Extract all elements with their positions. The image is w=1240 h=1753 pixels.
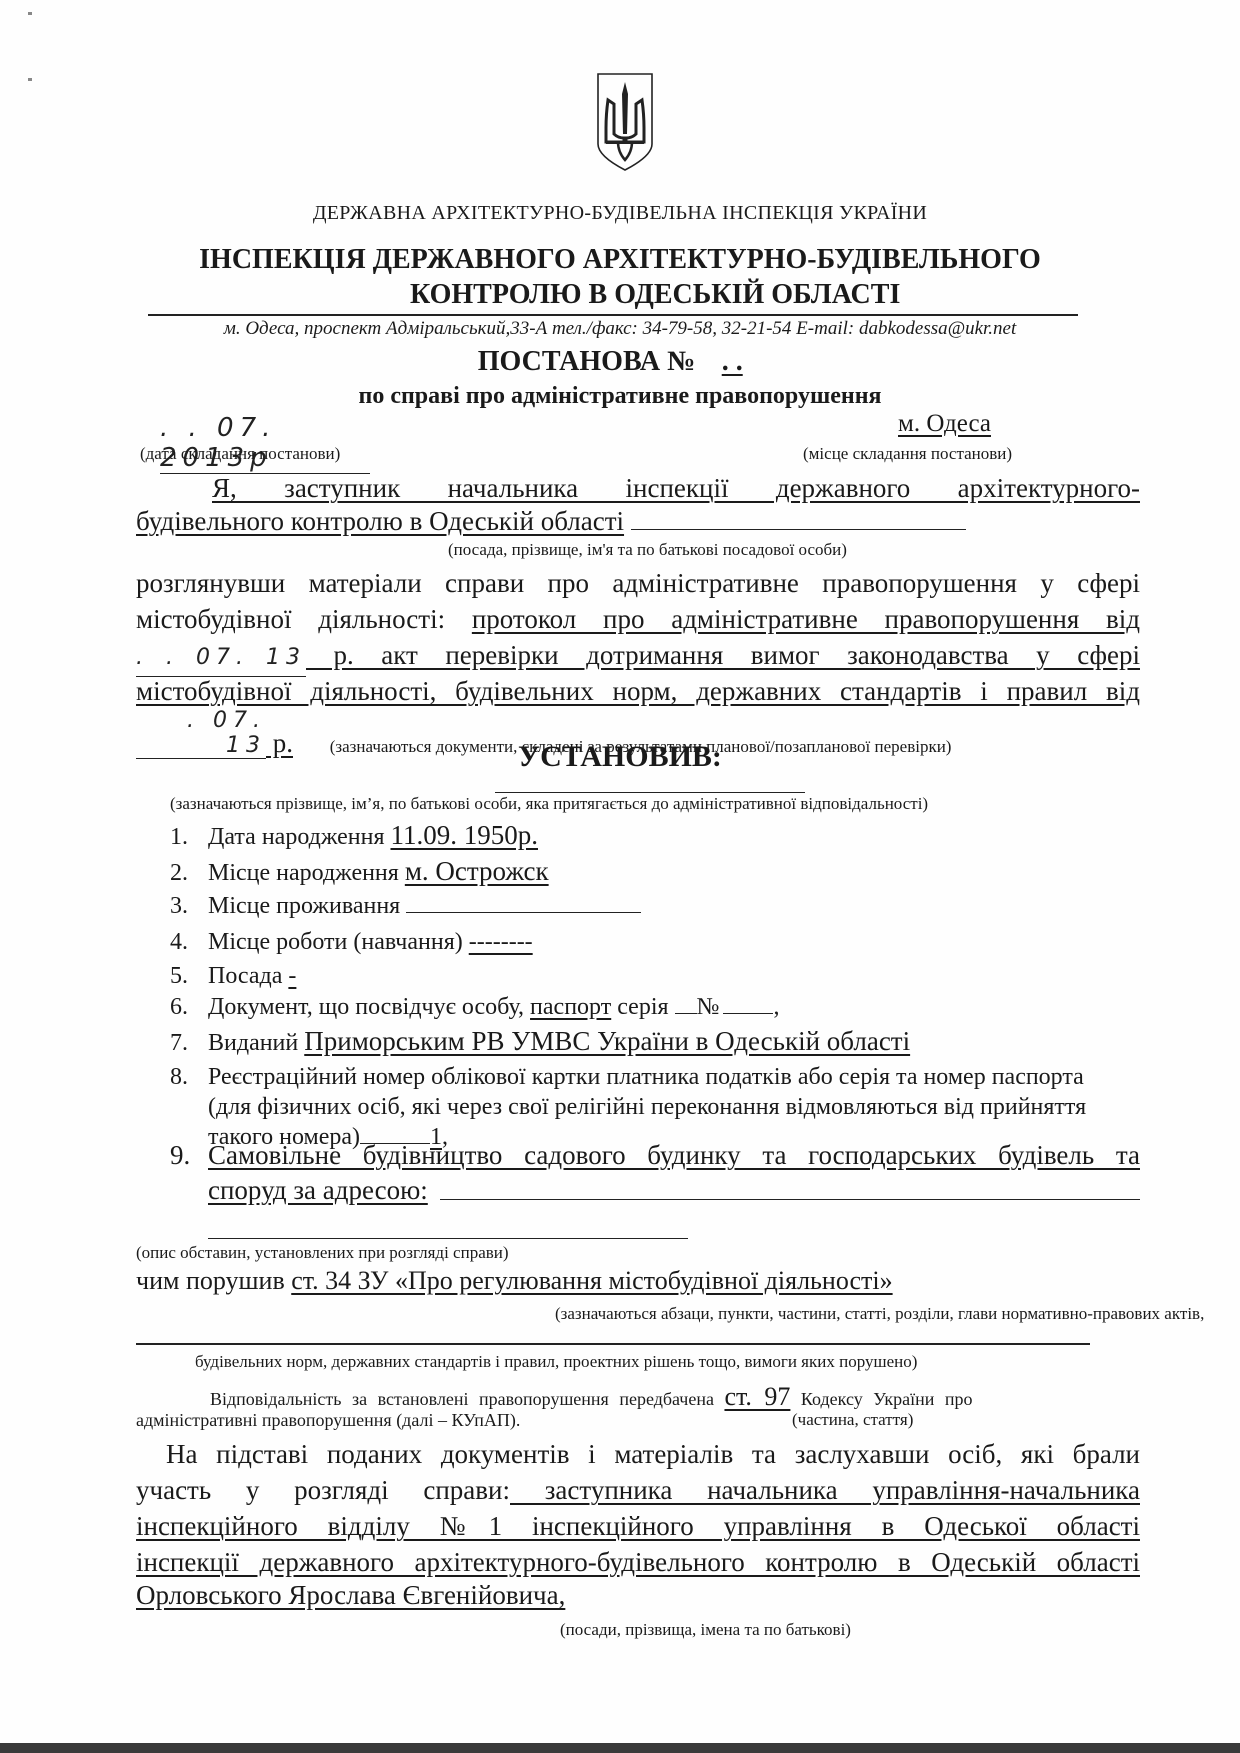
redacted-address-cont <box>208 1216 688 1239</box>
punct: , <box>773 994 779 1020</box>
issued-by-value: Приморським РВ УМВС України в Одеській о… <box>304 1026 910 1056</box>
protocol-ref: протокол про адміністративне правопоруше… <box>472 604 1140 634</box>
person-caption: (зазначаються прізвище, ім’я, по батьков… <box>170 794 928 814</box>
item-label: Посада <box>208 963 288 989</box>
item-label-cont: (для фізичних осіб, які через свої реліг… <box>208 1094 1086 1120</box>
violation-line: чим порушив ст. 34 ЗУ «Про регулювання м… <box>136 1266 893 1296</box>
item-number: 1. <box>170 824 208 851</box>
trident-emblem-icon <box>596 72 654 172</box>
liability-suffix: Кодексу України про <box>790 1389 972 1409</box>
item-issued-by: 7.Виданий Приморським РВ УМВС України в … <box>170 1026 910 1057</box>
circumstances-caption: (опис обставин, установлених при розгляд… <box>136 1243 509 1263</box>
item-birth-date: 1.Дата народження 11.09. 1950р. <box>170 820 538 851</box>
place-value: м. Одеса <box>898 410 991 438</box>
date-caption: (дата складання постанови) <box>140 444 340 464</box>
title-main: ПОСТАНОВА № <box>478 346 695 377</box>
official-position: будівельного контролю в Одеській області <box>136 506 624 536</box>
materials-prefix: містобудівної діяльності: <box>136 604 472 634</box>
item-workplace: 4.Місце роботи (навчання) -------- <box>170 929 533 956</box>
series-label: серія <box>611 994 674 1020</box>
item-tax-number: 8.Реєстраційний номер облікової картки п… <box>170 1062 1130 1152</box>
hearing-line5: Орловського Ярослава Євгенійовича, <box>136 1580 565 1611</box>
hearing-prefix: участь у розгляді справи: <box>136 1475 510 1505</box>
item-birth-place: 2.Місце народження м. Острожск <box>170 856 549 887</box>
item-number: 6. <box>170 994 208 1021</box>
violation-caption1: (зазначаються абзаци, пункти, частини, с… <box>555 1304 1204 1324</box>
item-number: 7. <box>170 1030 208 1057</box>
item-label: Місце народження <box>208 860 405 886</box>
org-name-line2: КОНТРОЛЮ В ОДЕСЬКІЙ ОБЛАСТІ <box>410 279 900 311</box>
item-position: 5.Посада - <box>170 963 296 990</box>
liability-caption: (частина, стаття) <box>792 1410 913 1430</box>
item-label: Виданий <box>208 1030 304 1056</box>
item-number: 4. <box>170 929 208 956</box>
item-label: Місце проживання <box>208 893 406 919</box>
item-number: 9. <box>170 1140 208 1171</box>
redacted-address <box>440 1175 1140 1200</box>
circumstances-line2: споруд за адресою: <box>208 1175 428 1206</box>
materials-line2: містобудівної діяльності: протокол про а… <box>136 601 1140 637</box>
hearing-line3: інспекційного відділу №1 інспекційного у… <box>136 1508 1140 1544</box>
official-line2: будівельного контролю в Одеській області <box>136 506 966 537</box>
document-type: паспорт <box>530 994 611 1020</box>
contacts: м. Одеса, проспект Адміральський,33-А те… <box>0 318 1240 340</box>
violation-rule <box>136 1343 1090 1345</box>
item-label: Документ, що посвідчує особу, <box>208 994 530 1020</box>
violation-caption2: будівельних норм, державних стандартів і… <box>195 1352 917 1372</box>
hearing-line1: На підставі поданих документів і матеріа… <box>166 1436 1140 1472</box>
item-number: 8. <box>170 1062 208 1092</box>
document-page: ДЕРЖАВНА АРХІТЕКТУРНО-БУДІВЕЛЬНА ІНСПЕКЦ… <box>0 0 1240 1753</box>
header-rule <box>148 314 1078 316</box>
official-caption: (посада, прізвище, ім'я та по батькові п… <box>448 540 847 560</box>
item-number: 5. <box>170 963 208 990</box>
org-name-line1: ІНСПЕКЦІЯ ДЕРЖАВНОГО АРХІТЕКТУРНО-БУДІВЕ… <box>0 244 1240 276</box>
item-label: Місце роботи (навчання) <box>208 929 469 955</box>
item-label: Дата народження <box>208 824 391 850</box>
official-line1: Я, заступник начальника інспекції держав… <box>212 470 1140 506</box>
liability-line1: Відповідальність за встановлені правопор… <box>136 1382 1140 1412</box>
birth-place-value: м. Острожск <box>405 856 549 886</box>
redacted-series <box>675 1013 697 1014</box>
item-id-document: 6.Документ, що посвідчує особу, паспорт … <box>170 994 779 1021</box>
materials-line1: розглянувши матеріали справи про адмініс… <box>136 565 1140 601</box>
liability-line2: адміністративні правопорушення (далі – К… <box>136 1410 520 1431</box>
title-number: . . <box>702 346 762 378</box>
materials-line4: містобудівної діяльності, будівельних но… <box>136 673 1140 709</box>
title: ПОСТАНОВА № . . <box>0 346 1240 378</box>
scan-mark <box>28 78 32 81</box>
redacted-residence <box>406 912 641 913</box>
hearing-participant: заступника начальника управління-начальн… <box>510 1475 1140 1505</box>
position-value: - <box>288 963 296 989</box>
item-label: Реєстраційний номер облікової картки пла… <box>208 1064 1084 1090</box>
liability-article: ст. 97 <box>724 1382 790 1411</box>
agency-name: ДЕРЖАВНА АРХІТЕКТУРНО-БУДІВЕЛЬНА ІНСПЕКЦ… <box>0 202 1240 225</box>
inspection-act-ref: р. акт перевірки дотримання вимог законо… <box>306 640 1140 670</box>
hearing-line2: участь у розгляді справи: заступника нач… <box>136 1472 1140 1508</box>
hearing-line4: інспекції державного архітектурного-буді… <box>136 1544 1140 1580</box>
scan-edge <box>0 1743 1240 1753</box>
scan-mark <box>28 12 32 15</box>
place-caption: (місце складання постанови) <box>803 444 1012 464</box>
materials-line3: . . 07. 13 р. акт перевірки дотримання в… <box>136 637 1140 677</box>
redacted-number <box>723 1013 773 1014</box>
birth-date-value: 11.09. 1950р. <box>391 820 539 850</box>
subtitle: по справі про адміністративне правопоруш… <box>0 383 1240 410</box>
established-heading: УСТАНОВИВ: <box>0 740 1240 774</box>
violation-prefix: чим порушив <box>136 1266 291 1295</box>
redacted-person-name <box>495 772 805 793</box>
circumstances-line1: Самовільне будівництво садового будинку … <box>208 1140 1140 1171</box>
workplace-value: -------- <box>469 929 533 955</box>
redacted-name <box>631 529 966 530</box>
item-number: 2. <box>170 860 208 887</box>
liability-prefix: Відповідальність за встановлені правопор… <box>210 1389 724 1409</box>
item-circumstances: 9.Самовільне будівництво садового будинк… <box>170 1140 1140 1239</box>
item-residence: 3.Місце проживання <box>170 893 641 920</box>
protocol-date: . . 07. 13 <box>136 640 306 677</box>
violated-law: ст. 34 ЗУ «Про регулювання містобудівної… <box>291 1266 892 1295</box>
hearing-caption: (посади, прізвища, імена та по батькові) <box>560 1620 851 1640</box>
number-sign: № <box>697 994 720 1020</box>
item-number: 3. <box>170 893 208 920</box>
